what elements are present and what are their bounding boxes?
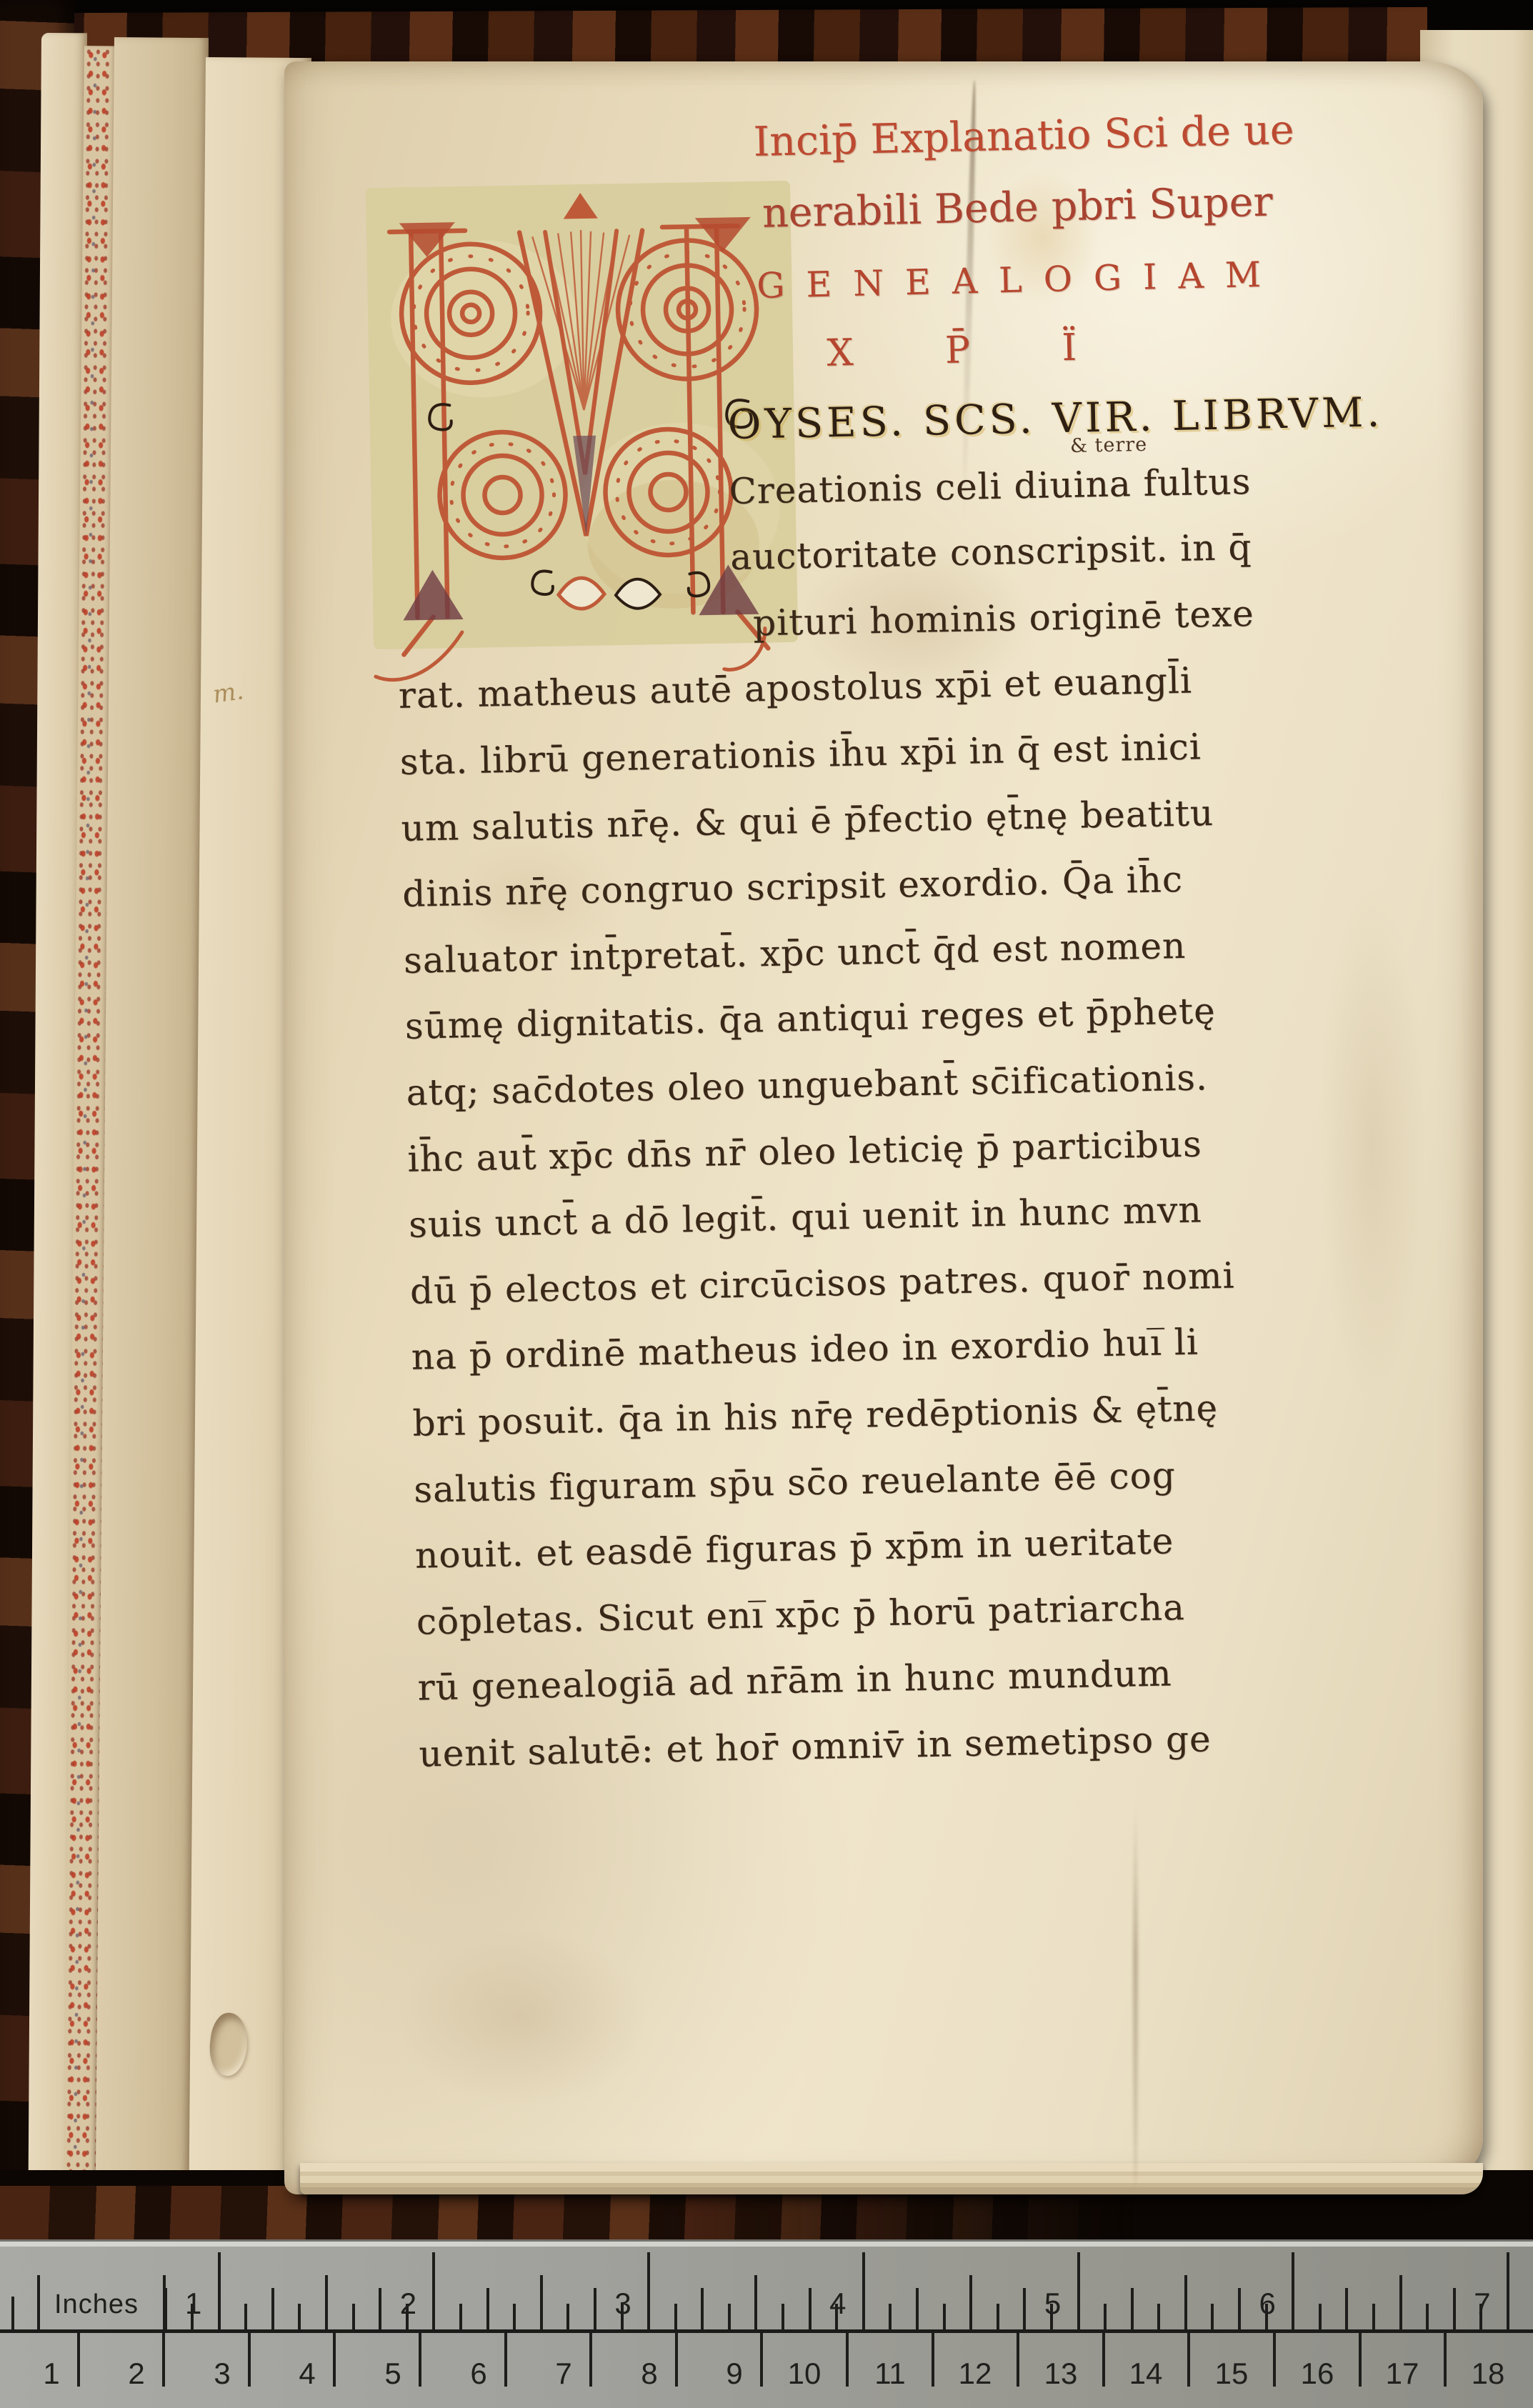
ruler-cm-number: 10 <box>772 2357 837 2391</box>
ruler-inch-number: 3 <box>598 2287 648 2321</box>
ruler-inch-number: 5 <box>1028 2287 1078 2321</box>
cm-tick <box>932 2332 934 2387</box>
inch-tick <box>271 2288 274 2329</box>
inch-tick <box>298 2304 301 2329</box>
cm-tick <box>1017 2332 1019 2387</box>
ruler-cm-number: 4 <box>275 2357 339 2391</box>
cm-tick <box>1102 2332 1105 2387</box>
rubric-line: nerabili Bede pbri Super <box>761 178 1296 237</box>
ruler-cm-number: 1 <box>19 2357 84 2391</box>
inch-tick <box>1211 2304 1214 2329</box>
margin-note: m. <box>211 676 245 709</box>
inch-tick <box>782 2304 784 2329</box>
inch-tick <box>1131 2288 1134 2329</box>
inch-tick <box>889 2304 892 2329</box>
ruler-cm-number: 15 <box>1199 2357 1264 2391</box>
inch-tick <box>513 2304 516 2329</box>
inch-tick <box>37 2275 40 2329</box>
inch-tick <box>1345 2288 1348 2329</box>
inch-tick <box>997 2304 999 2329</box>
inch-tick <box>11 2297 14 2329</box>
inch-tick <box>352 2304 355 2329</box>
inch-tick <box>1077 2252 1080 2329</box>
inch-tick <box>943 2304 946 2329</box>
inch-tick <box>1399 2275 1402 2329</box>
rubric-incipit: Incip̄ Explanatio Sci de ue nerabili Bed… <box>753 106 1299 376</box>
ruler-cm-number: 12 <box>943 2357 1007 2391</box>
inch-tick <box>1238 2288 1241 2329</box>
inch-tick <box>728 2304 731 2329</box>
ruler-inch-number: 2 <box>383 2287 433 2321</box>
ruler-cm-number: 6 <box>446 2357 511 2391</box>
ruler-inches-label: Inches <box>54 2289 139 2320</box>
manuscript-photo: m. <box>0 0 1533 2408</box>
inch-tick <box>459 2304 462 2329</box>
cm-tick <box>1359 2332 1362 2387</box>
inch-tick <box>1453 2288 1456 2329</box>
ruler-inch-number: 7 <box>1457 2287 1507 2321</box>
ruler-inch-number: 1 <box>169 2287 219 2321</box>
inch-tick <box>754 2275 757 2329</box>
inch-tick <box>1426 2304 1429 2329</box>
rubric-line: GENEALOGIAM <box>756 254 1298 306</box>
measuring-ruler: Inches 123456712345678910111213141516171… <box>0 2239 1533 2408</box>
inch-tick <box>325 2275 328 2329</box>
inch-tick <box>701 2288 704 2329</box>
cm-tick <box>846 2332 849 2387</box>
ruler-cm-number: 13 <box>1029 2357 1093 2391</box>
ruler-cm-number: 17 <box>1370 2357 1434 2391</box>
inch-tick <box>379 2288 381 2329</box>
inch-tick <box>164 2288 167 2329</box>
ruler-cm-number: 7 <box>531 2357 596 2391</box>
inch-tick <box>1023 2288 1026 2329</box>
ruler-cm-number: 8 <box>617 2357 681 2391</box>
inch-tick <box>1372 2304 1375 2329</box>
text-block: OYSES. SCS. VIR. LIBRVM.Creationis celi … <box>393 379 1469 1787</box>
inch-tick <box>244 2304 247 2329</box>
ruler-top-edge <box>0 2242 1533 2247</box>
inch-tick <box>566 2304 569 2329</box>
ruler-midline <box>0 2329 1533 2333</box>
inch-tick <box>916 2288 919 2329</box>
inch-tick <box>540 2275 543 2329</box>
ruler-inch-number: 6 <box>1242 2287 1292 2321</box>
ruler-cm-number: 16 <box>1285 2357 1349 2391</box>
ruler-cm-number: 5 <box>361 2357 425 2391</box>
inch-tick <box>1319 2304 1322 2329</box>
inch-tick <box>969 2275 972 2329</box>
cm-tick <box>1273 2332 1276 2387</box>
inch-tick <box>1157 2304 1160 2329</box>
inch-tick <box>1104 2304 1107 2329</box>
ruler-cm-number: 2 <box>104 2357 169 2391</box>
leaf-bottom-edges <box>300 2163 1483 2194</box>
ruler-cm-number: 14 <box>1114 2357 1178 2391</box>
cm-tick <box>1187 2332 1190 2387</box>
cm-tick <box>1444 2332 1447 2387</box>
inch-tick <box>809 2288 812 2329</box>
inch-tick <box>674 2304 677 2329</box>
ruler-inch-number: 4 <box>813 2287 863 2321</box>
ruler-cm-number: 18 <box>1456 2357 1520 2391</box>
inch-tick <box>1184 2275 1187 2329</box>
ruler-cm-number: 3 <box>190 2357 254 2391</box>
ruler-cm-number: 9 <box>702 2357 766 2391</box>
ruler-cm-number: 11 <box>858 2357 922 2391</box>
inch-tick <box>486 2288 489 2329</box>
inch-tick <box>594 2288 596 2329</box>
